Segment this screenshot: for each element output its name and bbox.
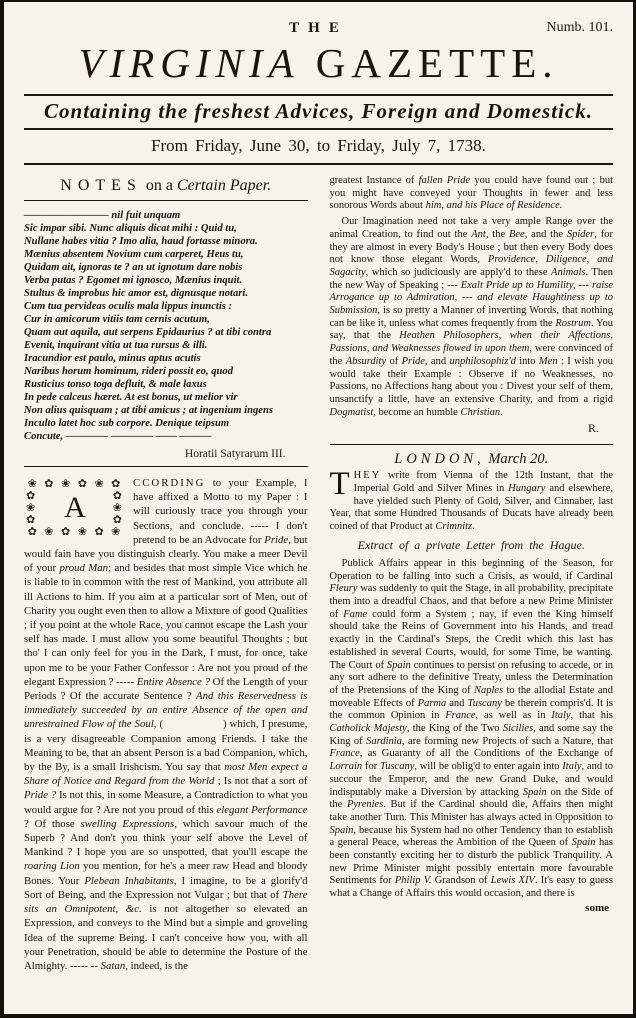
masthead-the: THE: [289, 20, 348, 37]
left-column: NOTES on a Certain Paper. ———————— nil f…: [24, 175, 308, 973]
vienna-paragraph: T HEY write from Vienna of the 12th Inst…: [330, 470, 614, 534]
drop-cap-letter-t: T: [330, 470, 354, 498]
verse-attribution: Horatii Satyrarum III.: [24, 443, 308, 466]
two-column-body: NOTES on a Certain Paper. ———————— nil f…: [24, 175, 613, 973]
rule-before-london: [330, 444, 614, 445]
notes-article-text: CCORDING to your Example, I have affixed…: [24, 476, 308, 973]
latin-verse: ———————— nil fuit unquamSic impar sibi. …: [24, 209, 308, 443]
ornament-column-left: ✿ ❀ ✿: [26, 490, 37, 526]
notes-heading: NOTES on a Certain Paper.: [24, 177, 308, 195]
notes-article: ❀ ✿ ❀ ✿ ❀ ✿ ✿ ❀ ✿ A ✿ ❀ ✿ ✿ ❀ ✿ ❀ ✿ ❀ CC…: [24, 476, 308, 973]
hague-letter-paragraph: Publick Affairs appear in this beginning…: [330, 558, 614, 901]
london-dateline-heading: LONDON, March 20.: [330, 451, 614, 468]
masthead-top-row: THE Numb. 101.: [24, 20, 613, 37]
continuation-paragraph: greatest Instance of fallen Pride you co…: [330, 175, 614, 213]
right-column: greatest Instance of fallen Pride you co…: [330, 175, 614, 973]
ornament-drop-cap-factotum: ❀ ✿ ❀ ✿ ❀ ✿ ✿ ❀ ✿ A ✿ ❀ ✿ ✿ ❀ ✿ ❀ ✿ ❀: [24, 478, 126, 538]
issue-number: Numb. 101.: [547, 20, 614, 36]
rule-below-dateline: [24, 163, 613, 165]
vienna-paragraph-text: HEY write from Vienna of the 12th Instan…: [330, 470, 614, 532]
ornament-middle-row: ✿ ❀ ✿ A ✿ ❀ ✿: [24, 490, 126, 526]
rule-below-verse: [24, 466, 308, 467]
subtitle-band: Containing the freshest Advices, Foreign…: [24, 94, 613, 130]
ornament-row-bottom: ✿ ❀ ✿ ❀ ✿ ❀: [24, 526, 126, 538]
catchword: some: [330, 901, 614, 914]
london-city: LONDON,: [394, 451, 484, 467]
masthead-dateline: From Friday, June 30, to Friday, July 7,…: [24, 130, 613, 163]
rule-below-notes-heading: [24, 200, 308, 201]
london-date: March 20.: [488, 451, 548, 467]
masthead-subtitle: Containing the freshest Advices, Foreign…: [24, 96, 613, 128]
masthead-title: VIRGINIA GAZETTE.: [24, 39, 613, 87]
author-signature: R.: [330, 419, 614, 442]
ornament-column-right: ✿ ❀ ✿: [113, 490, 124, 526]
ornament-row-top: ❀ ✿ ❀ ✿ ❀ ✿: [24, 478, 126, 490]
masthead: THE Numb. 101. VIRGINIA GAZETTE. Contain…: [24, 20, 613, 165]
extract-heading: Extract of a private Letter from the Hag…: [330, 534, 614, 555]
drop-cap-letter-a: A: [60, 493, 90, 523]
newspaper-page: THE Numb. 101. VIRGINIA GAZETTE. Contain…: [0, 0, 636, 1018]
imagination-paragraph: Our Imagination need not take a very amp…: [330, 216, 614, 419]
